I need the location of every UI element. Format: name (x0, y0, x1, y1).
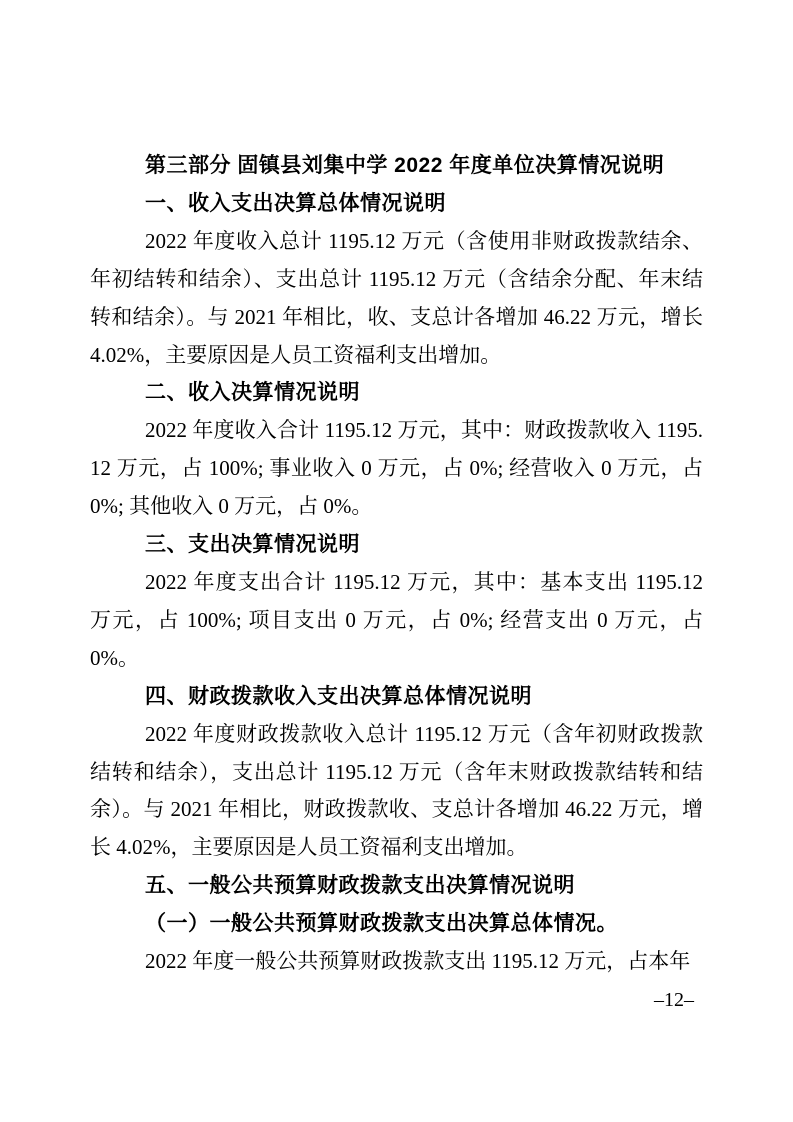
heading-section-3: 三、支出决算情况说明 (90, 526, 703, 564)
heading-section-4: 四、财政拨款收入支出决算总体情况说明 (90, 678, 703, 716)
document-title: 第三部分 固镇县刘集中学 2022 年度单位决算情况说明 (90, 147, 703, 185)
paragraph-section-3: 2022 年度支出合计 1195.12 万元，其中：基本支出 1195.12 万… (90, 564, 703, 678)
document-page: 第三部分 固镇县刘集中学 2022 年度单位决算情况说明 一、收入支出决算总体情… (0, 0, 793, 1122)
heading-section-1: 一、收入支出决算总体情况说明 (90, 185, 703, 223)
paragraph-section-2: 2022 年度收入合计 1195.12 万元，其中：财政拨款收入 1195.12… (90, 412, 703, 526)
heading-section-2: 二、收入决算情况说明 (90, 374, 703, 412)
paragraph-section-4: 2022 年度财政拨款收入总计 1195.12 万元（含年初财政拨款结转和结余）… (90, 716, 703, 868)
subheading-section-5-1: （一）一般公共预算财政拨款支出决算总体情况。 (90, 905, 703, 943)
document-body: 第三部分 固镇县刘集中学 2022 年度单位决算情况说明 一、收入支出决算总体情… (90, 147, 703, 981)
paragraph-section-5: 2022 年度一般公共预算财政拨款支出 1195.12 万元，占本年 (90, 943, 703, 981)
heading-section-5: 五、一般公共预算财政拨款支出决算情况说明 (90, 867, 703, 905)
paragraph-section-1: 2022 年度收入总计 1195.12 万元（含使用非财政拨款结余、年初结转和结… (90, 223, 703, 375)
page-number: –12– (654, 988, 694, 1012)
